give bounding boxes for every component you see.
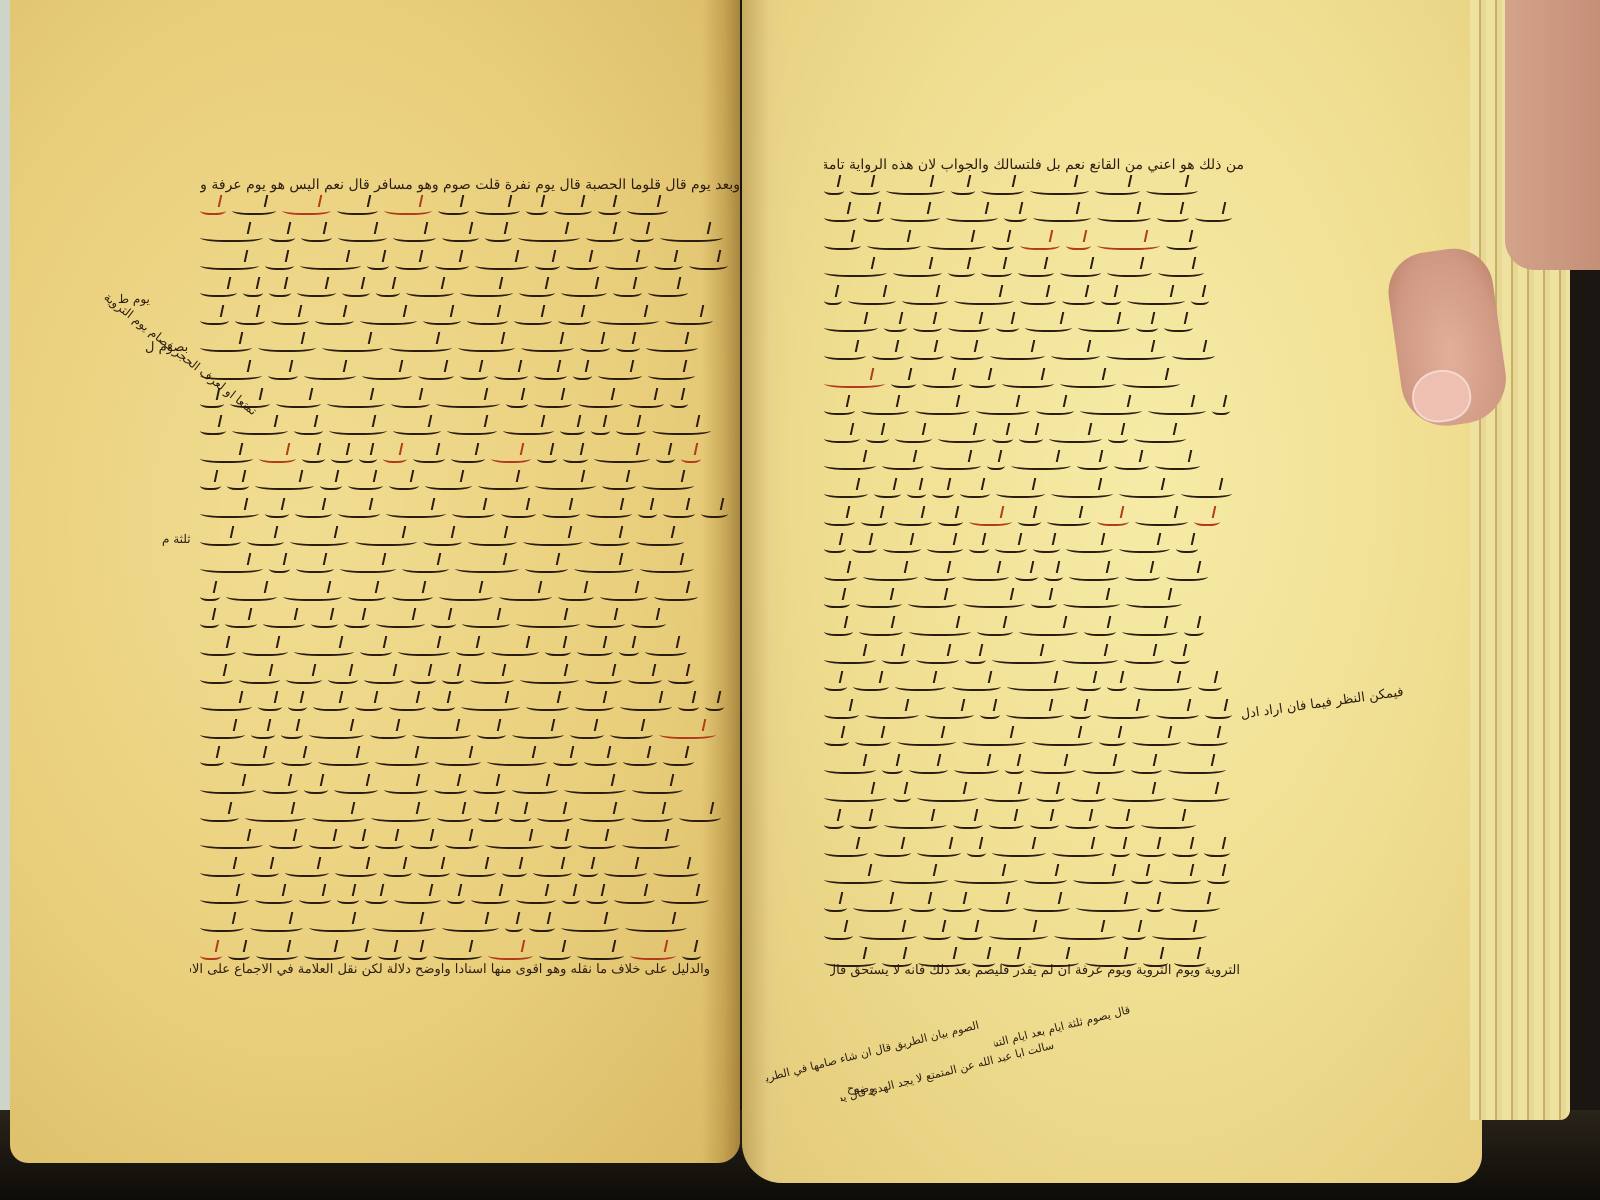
script-word <box>638 507 657 518</box>
script-word <box>927 542 963 553</box>
script-word <box>995 542 1027 553</box>
script-word <box>950 349 984 360</box>
script-word <box>604 866 647 877</box>
script-line <box>824 591 1244 615</box>
script-word <box>1155 459 1200 470</box>
script-line <box>200 307 740 331</box>
script-word <box>894 515 932 526</box>
script-line <box>200 694 740 718</box>
script-word <box>653 866 699 877</box>
script-word <box>462 617 510 628</box>
script-word <box>460 369 488 380</box>
script-word <box>570 728 604 739</box>
script-word <box>458 341 515 352</box>
script-word <box>533 866 572 877</box>
script-line <box>200 611 740 635</box>
script-line <box>200 197 740 221</box>
script-word <box>431 617 456 628</box>
script-line <box>824 839 1244 863</box>
script-word <box>586 617 625 628</box>
script-word <box>245 811 306 822</box>
script-line <box>824 508 1244 532</box>
left-marginal-note-3: بصوم ل <box>145 340 188 355</box>
script-word <box>824 653 876 664</box>
script-word <box>1060 377 1116 388</box>
script-word <box>893 266 942 277</box>
script-word <box>1119 542 1170 553</box>
script-word <box>578 838 616 849</box>
script-word <box>586 231 624 242</box>
script-word <box>989 929 1048 940</box>
script-word <box>848 294 896 305</box>
script-word <box>917 791 978 802</box>
script-word <box>322 341 383 352</box>
script-word <box>701 507 728 518</box>
script-word <box>304 949 345 960</box>
script-word <box>850 818 878 829</box>
script-word <box>981 184 1024 195</box>
script-word <box>1077 459 1108 470</box>
script-word <box>705 700 724 711</box>
script-word <box>1052 846 1104 857</box>
script-word <box>992 653 1056 664</box>
script-word <box>519 286 555 297</box>
script-word <box>942 901 972 912</box>
script-word <box>256 949 298 960</box>
script-word <box>309 728 364 739</box>
script-word <box>1212 404 1230 415</box>
script-word <box>978 901 1017 912</box>
script-word <box>1051 487 1113 498</box>
script-word <box>1019 625 1078 636</box>
script-word <box>344 617 370 628</box>
script-word <box>897 735 956 746</box>
script-word <box>383 452 407 463</box>
script-word <box>516 893 556 904</box>
script-word <box>304 783 328 794</box>
script-word <box>1073 873 1125 884</box>
script-word <box>925 708 974 719</box>
script-word <box>1030 763 1076 774</box>
script-word <box>1131 763 1162 774</box>
script-word <box>1018 515 1041 526</box>
script-line <box>824 205 1244 229</box>
script-word <box>824 597 850 608</box>
script-word <box>389 341 452 352</box>
script-word <box>996 321 1019 332</box>
script-word <box>232 204 276 215</box>
script-word <box>992 432 1013 443</box>
script-line <box>824 812 1244 836</box>
script-word <box>1015 570 1038 581</box>
script-word <box>923 929 951 940</box>
script-word <box>1122 625 1178 636</box>
script-word <box>1097 239 1160 250</box>
script-word <box>577 645 613 656</box>
script-word <box>824 432 860 443</box>
script-word <box>445 838 479 849</box>
right-bottom-note-3: قال يصوم ثلثة ايام بعد ايام التشريق <box>993 1003 1132 1049</box>
script-word <box>824 735 849 746</box>
script-word <box>338 507 380 518</box>
script-word <box>423 535 462 546</box>
script-word <box>1071 791 1106 802</box>
script-word <box>1205 708 1232 719</box>
script-word <box>907 487 926 498</box>
script-word <box>393 231 436 242</box>
script-word <box>1132 735 1181 746</box>
script-word <box>952 680 1001 691</box>
script-word <box>1176 542 1198 553</box>
script-line <box>200 749 740 773</box>
script-word <box>1158 266 1204 277</box>
script-word <box>824 239 861 250</box>
script-word <box>598 369 642 380</box>
script-word <box>365 893 388 904</box>
script-word <box>623 755 657 766</box>
script-word <box>200 397 224 408</box>
script-word <box>824 349 866 360</box>
script-word <box>564 783 626 794</box>
script-word <box>850 184 880 195</box>
script-word <box>1082 763 1125 774</box>
script-line <box>200 721 740 745</box>
script-word <box>537 811 573 822</box>
script-line <box>200 335 740 359</box>
script-word <box>227 479 249 490</box>
script-word <box>412 728 471 739</box>
script-word <box>681 452 701 463</box>
script-word <box>1099 735 1126 746</box>
script-word <box>281 728 303 739</box>
script-word <box>1146 901 1164 912</box>
script-word <box>1122 377 1180 388</box>
script-word <box>232 424 288 435</box>
script-word <box>335 866 377 877</box>
script-word <box>364 673 404 684</box>
script-word <box>200 314 229 325</box>
script-word <box>598 204 621 215</box>
script-word <box>645 645 687 656</box>
script-word <box>487 755 547 766</box>
script-word <box>866 432 889 443</box>
script-line <box>200 280 740 304</box>
script-word <box>852 542 877 553</box>
script-word <box>630 231 654 242</box>
script-word <box>902 294 948 305</box>
script-word <box>1005 763 1024 774</box>
script-word <box>503 424 554 435</box>
script-word <box>987 459 1005 470</box>
script-word <box>1004 211 1027 222</box>
script-word <box>410 673 436 684</box>
left-page: وبعد يوم قال قلوما الحصبة قال يوم نفرة ق… <box>10 0 740 1163</box>
script-word <box>654 259 683 270</box>
script-word <box>1066 542 1113 553</box>
script-line <box>200 473 740 497</box>
script-word <box>376 617 425 628</box>
script-word <box>689 259 728 270</box>
script-word <box>250 921 303 932</box>
script-word <box>340 562 396 573</box>
script-word <box>1036 404 1074 415</box>
script-word <box>1044 570 1063 581</box>
script-word <box>226 590 277 601</box>
script-word <box>594 452 650 463</box>
script-word <box>439 590 493 601</box>
script-word <box>311 617 338 628</box>
script-word <box>372 921 436 932</box>
script-word <box>668 673 694 684</box>
script-word <box>553 755 578 766</box>
script-word <box>360 314 417 325</box>
script-word <box>824 294 842 305</box>
left-first-line: وبعد يوم قال قلوما الحصبة قال يوم نفرة ق… <box>200 173 740 197</box>
script-word <box>631 811 673 822</box>
script-word <box>494 369 528 380</box>
script-word <box>200 590 220 601</box>
script-word <box>228 949 250 960</box>
script-word <box>631 617 666 628</box>
script-word <box>1047 515 1091 526</box>
script-word <box>824 873 883 884</box>
script-word <box>619 645 639 656</box>
script-word <box>915 404 970 415</box>
script-word <box>977 625 1013 636</box>
script-word <box>1112 791 1166 802</box>
script-word <box>378 949 402 960</box>
script-word <box>1136 321 1158 332</box>
script-word <box>652 424 711 435</box>
script-word <box>573 369 592 380</box>
script-word <box>488 949 533 960</box>
script-word <box>239 673 280 684</box>
script-word <box>1060 266 1101 277</box>
script-word <box>1126 597 1182 608</box>
script-word <box>1063 597 1120 608</box>
script-word <box>954 294 1014 305</box>
script-word <box>200 507 259 518</box>
script-word <box>269 231 295 242</box>
right-page: من ذلك هو اعني من القانع نعم بل فلتسالك … <box>742 0 1482 1183</box>
script-word <box>1119 487 1175 498</box>
script-word <box>1198 680 1222 691</box>
script-word <box>200 617 219 628</box>
script-line <box>824 481 1244 505</box>
script-word <box>447 424 497 435</box>
script-word <box>423 314 461 325</box>
script-word <box>262 783 298 794</box>
script-word <box>616 424 646 435</box>
script-word <box>297 286 336 297</box>
script-word <box>679 811 721 822</box>
script-word <box>331 452 353 463</box>
script-word <box>1152 929 1207 940</box>
script-word <box>558 590 594 601</box>
script-word <box>290 535 349 546</box>
script-word <box>251 866 279 877</box>
script-word <box>512 728 564 739</box>
script-word <box>425 479 472 490</box>
script-word <box>1170 653 1190 664</box>
script-word <box>299 893 331 904</box>
script-word <box>927 239 986 250</box>
script-word <box>1062 653 1118 664</box>
script-word <box>589 535 630 546</box>
script-word <box>286 673 322 684</box>
script-word <box>1133 680 1192 691</box>
script-word <box>856 597 902 608</box>
script-word <box>355 700 383 711</box>
script-word <box>630 949 676 960</box>
script-word <box>294 645 354 656</box>
script-word <box>389 479 419 490</box>
script-word <box>393 424 441 435</box>
script-word <box>1105 818 1135 829</box>
script-word <box>962 570 1009 581</box>
script-line <box>824 894 1244 918</box>
script-word <box>200 424 226 435</box>
script-line <box>824 563 1244 587</box>
script-word <box>895 680 946 691</box>
script-word <box>200 866 245 877</box>
script-word <box>910 349 944 360</box>
script-word <box>235 314 265 325</box>
script-word <box>640 562 694 573</box>
left-marginal-note-2: يوم ط <box>118 292 150 306</box>
script-word <box>953 818 983 829</box>
script-word <box>351 949 372 960</box>
script-word <box>200 700 252 711</box>
script-word <box>824 542 846 553</box>
script-word <box>395 259 429 270</box>
script-word <box>338 231 387 242</box>
script-word <box>442 231 479 242</box>
script-word <box>561 921 619 932</box>
script-word <box>360 645 392 656</box>
script-word <box>861 404 909 415</box>
script-word <box>467 314 508 325</box>
script-word <box>477 728 506 739</box>
script-line <box>824 425 1244 449</box>
script-word <box>859 929 917 940</box>
script-word <box>989 818 1024 829</box>
script-word <box>269 838 303 849</box>
script-word <box>475 204 520 215</box>
script-word <box>600 590 648 601</box>
script-line <box>200 804 740 828</box>
script-word <box>418 369 454 380</box>
script-word <box>392 590 433 601</box>
script-word <box>255 479 314 490</box>
script-word <box>895 432 932 443</box>
script-word <box>824 404 855 415</box>
script-word <box>370 728 406 739</box>
script-word <box>313 700 349 711</box>
left-text-block: وبعد يوم قال قلوما الحصبة قال يوم نفرة ق… <box>200 173 740 970</box>
script-word <box>337 893 359 904</box>
script-word <box>946 211 998 222</box>
script-word <box>456 866 496 877</box>
script-word <box>225 617 257 628</box>
script-word <box>1125 570 1160 581</box>
script-word <box>1066 239 1091 250</box>
script-word <box>355 535 417 546</box>
script-word <box>525 562 568 573</box>
script-line <box>824 756 1244 780</box>
script-word <box>394 893 441 904</box>
script-word <box>865 708 919 719</box>
script-word <box>884 818 947 829</box>
script-word <box>1002 377 1054 388</box>
script-word <box>200 286 237 297</box>
script-word <box>863 211 884 222</box>
script-word <box>1049 432 1102 443</box>
script-word <box>1159 873 1201 884</box>
script-word <box>874 487 901 498</box>
script-word <box>824 266 887 277</box>
script-word <box>359 452 377 463</box>
script-word <box>886 184 945 195</box>
script-word <box>1095 184 1140 195</box>
script-word <box>389 700 426 711</box>
script-word <box>391 397 430 408</box>
script-word <box>521 341 574 352</box>
script-word <box>562 893 580 904</box>
script-word <box>867 239 921 250</box>
script-word <box>1127 294 1185 305</box>
script-line <box>824 867 1244 891</box>
script-word <box>269 562 290 573</box>
script-line <box>824 453 1244 477</box>
script-word <box>984 791 1030 802</box>
script-word <box>451 452 485 463</box>
script-word <box>327 397 385 408</box>
script-word <box>632 783 683 794</box>
script-word <box>661 893 709 904</box>
script-word <box>432 700 455 711</box>
script-word <box>1007 680 1070 691</box>
script-word <box>625 921 687 932</box>
script-line <box>200 390 740 414</box>
script-word <box>824 211 857 222</box>
script-word <box>537 452 557 463</box>
script-word <box>1054 929 1116 940</box>
script-word <box>922 377 963 388</box>
script-line <box>200 639 740 663</box>
script-word <box>283 590 342 601</box>
script-word <box>200 452 253 463</box>
script-word <box>408 949 427 960</box>
script-line <box>200 859 740 883</box>
script-word <box>312 811 365 822</box>
script-word <box>318 755 369 766</box>
script-word <box>924 570 956 581</box>
script-word <box>578 397 623 408</box>
script-word <box>376 286 400 297</box>
script-word <box>580 341 610 352</box>
script-word <box>1194 515 1220 526</box>
script-word <box>627 204 668 215</box>
script-word <box>367 259 389 270</box>
script-word <box>824 929 853 940</box>
script-line <box>200 914 740 938</box>
script-word <box>282 204 331 215</box>
script-word <box>1148 404 1206 415</box>
script-word <box>1141 818 1196 829</box>
script-word <box>560 424 585 435</box>
script-word <box>824 625 853 636</box>
